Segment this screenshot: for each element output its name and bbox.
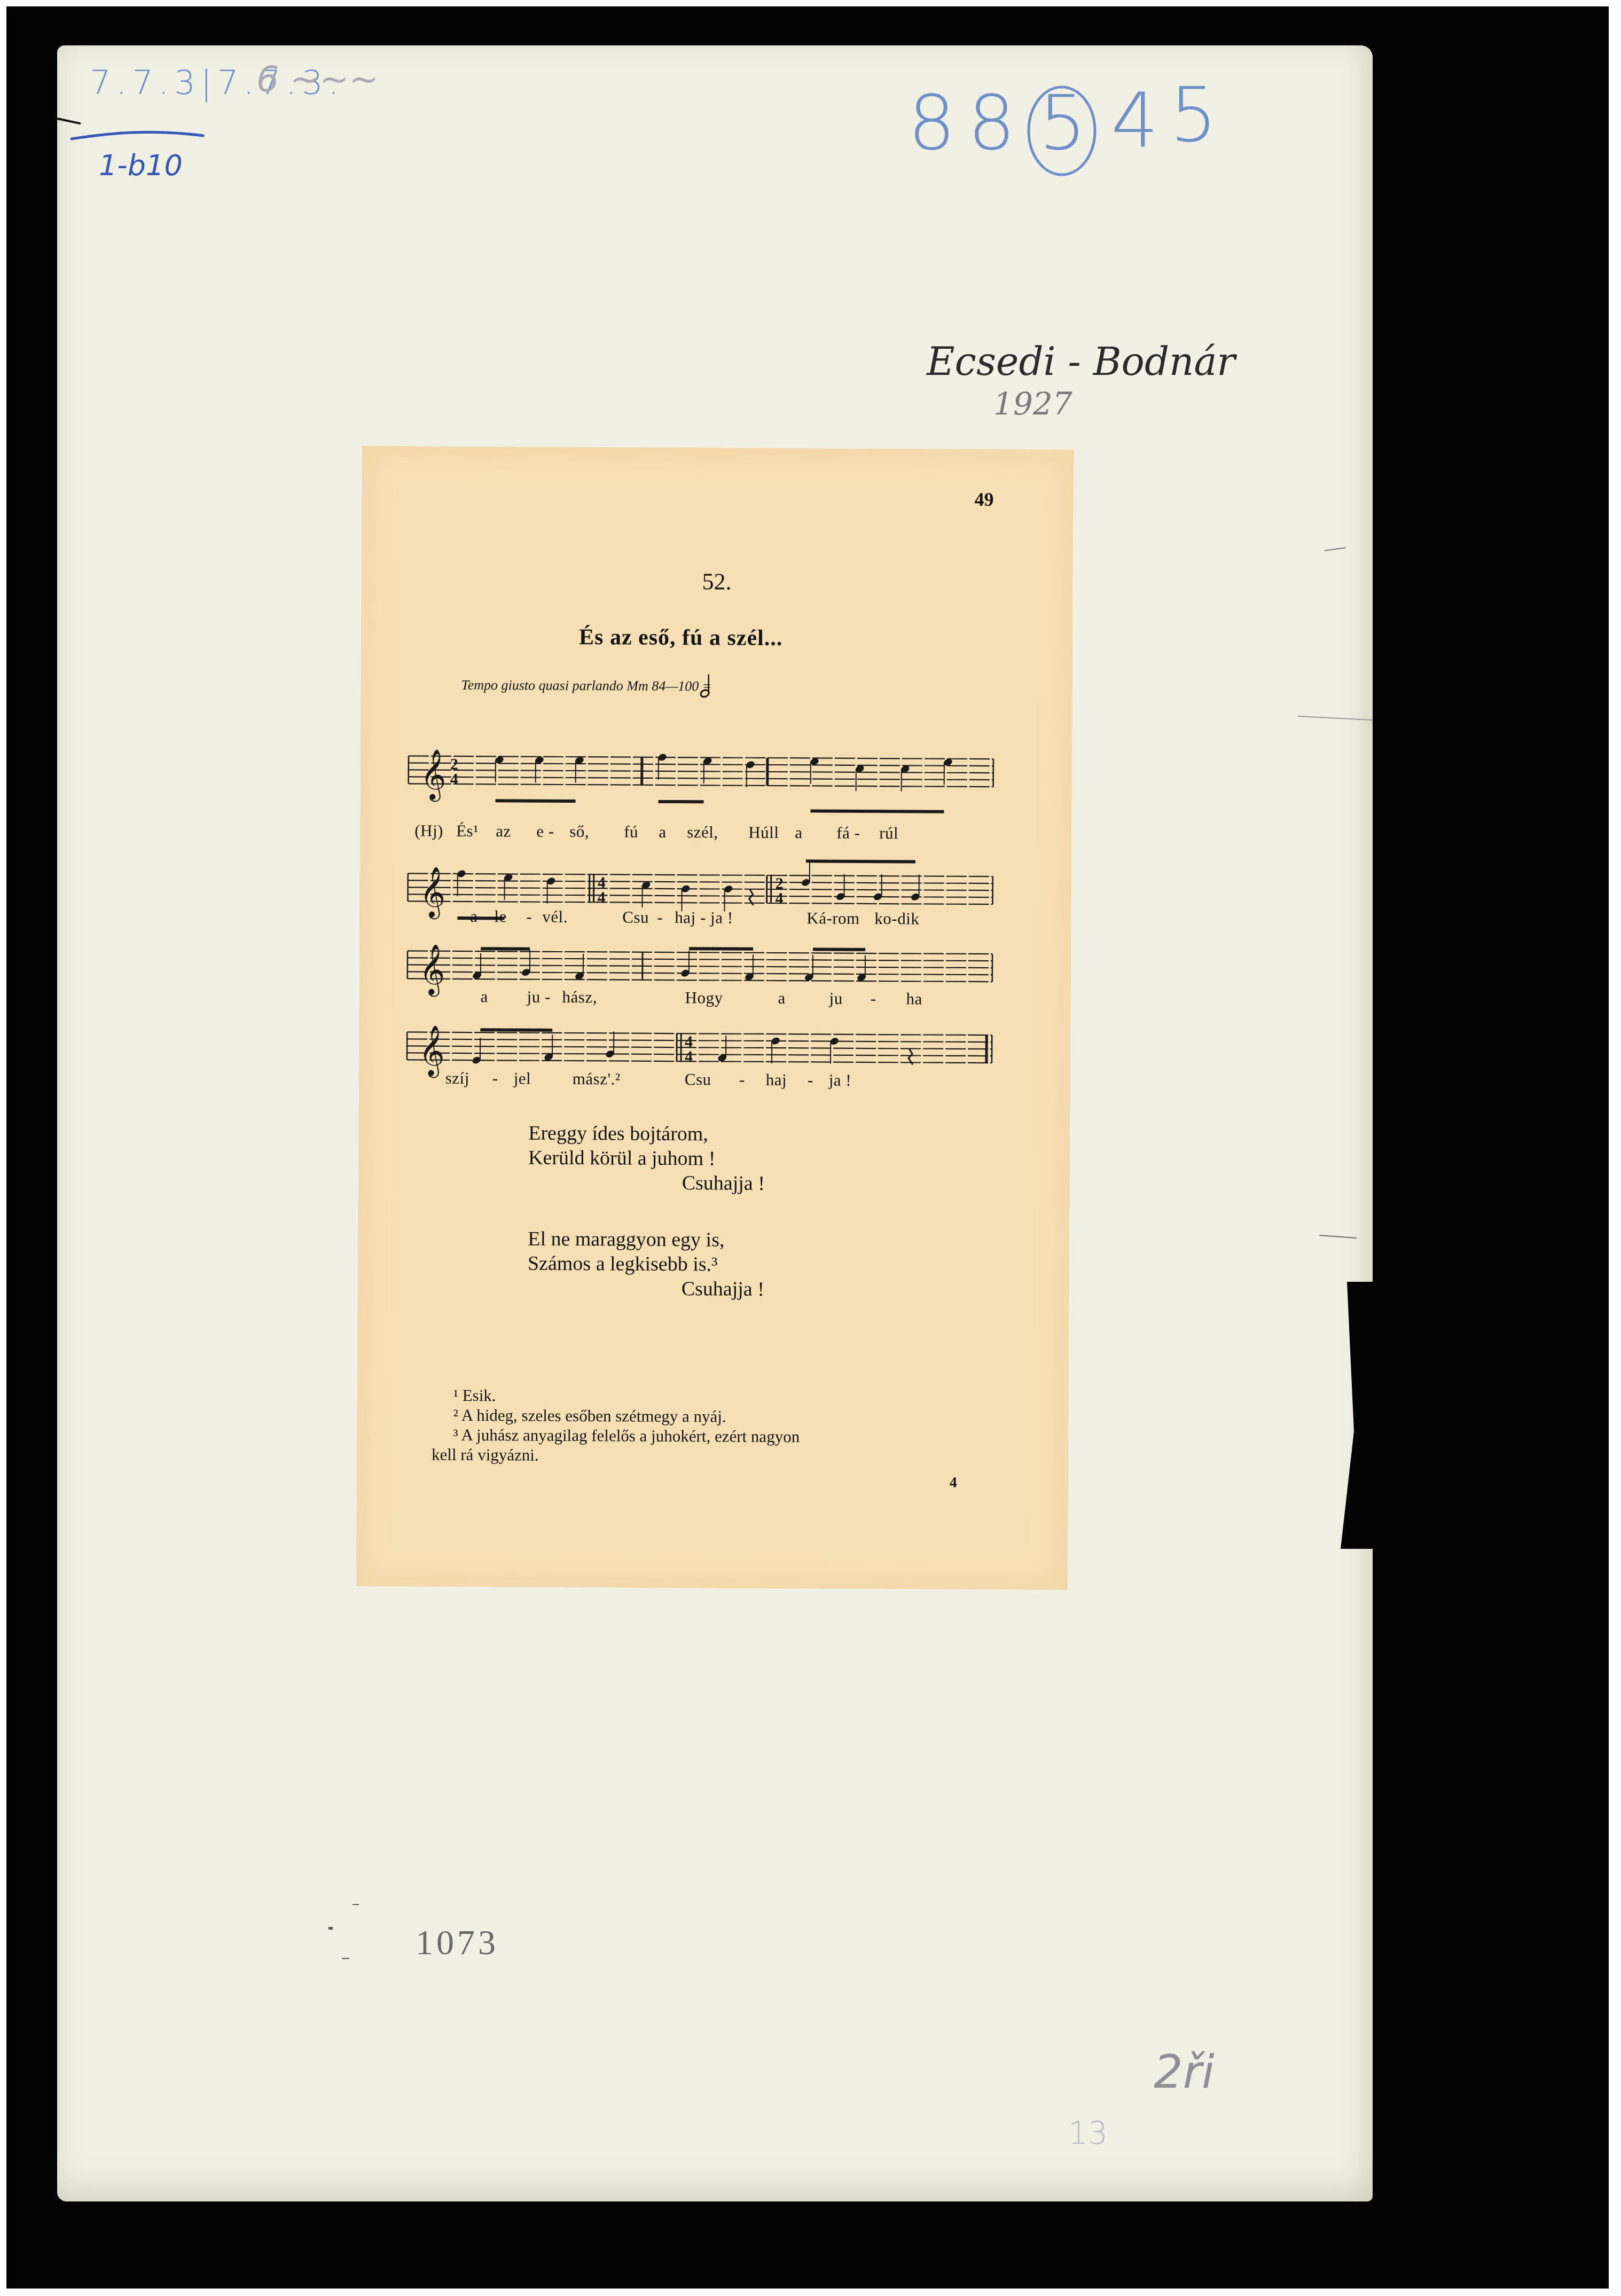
song-clipping: 49 52. És az eső, fú a szél... Tempo giu… xyxy=(356,446,1074,1590)
lyric: vél. xyxy=(542,907,568,927)
lyric: Húll xyxy=(748,823,779,842)
lyric: a xyxy=(659,822,666,842)
svg-text:𝄞: 𝄞 xyxy=(419,1025,445,1078)
lyric: - xyxy=(492,1069,498,1088)
half-note-icon xyxy=(700,672,712,699)
song-number: 52. xyxy=(702,568,732,595)
lyric: ja ! xyxy=(829,1071,852,1090)
lyric: le xyxy=(494,907,507,926)
lyric: e - xyxy=(536,822,554,841)
lyric: a xyxy=(795,823,802,842)
verse-line: Ereggy ídes bojtárom, xyxy=(528,1121,765,1147)
lyric: szél, xyxy=(687,822,718,842)
svg-text:4: 4 xyxy=(775,890,783,907)
verse-refrain: Csuhajja ! xyxy=(528,1170,765,1196)
lyric: - xyxy=(870,989,876,1008)
lyric: rúl xyxy=(879,824,898,843)
paper-tear-notch xyxy=(1303,1282,1410,1560)
stanza-1: Ereggy ídes bojtárom, Kerüld körül a juh… xyxy=(528,1121,765,1196)
pencil-note-bottom-right: 2ři xyxy=(1154,2046,1215,2099)
tempo-marking: Tempo giusto quasi parlando Mm 84—100 = xyxy=(461,677,712,694)
call-number-bottom: 1-b10 xyxy=(99,148,183,182)
music-staff-1: 𝄞24 xyxy=(408,734,1001,823)
pencil-note-bottom-small: 13 xyxy=(1068,2115,1108,2151)
svg-text:𝄞: 𝄞 xyxy=(419,867,445,920)
lyric: - xyxy=(526,907,532,927)
collection-year: 1927 xyxy=(993,386,1072,422)
svg-text:4: 4 xyxy=(685,1048,693,1065)
lyric: És¹ xyxy=(456,821,479,841)
footnote-3-continued: kell rá vigyázni. xyxy=(432,1445,800,1467)
lyric: Hogy xyxy=(685,988,723,1007)
inventory-digit: 5 xyxy=(1170,72,1217,159)
inventory-number: 8 8 5 4 5 xyxy=(908,80,1389,187)
song-title: És az eső, fú a szél... xyxy=(579,624,782,651)
lyric: - xyxy=(808,1070,813,1090)
svg-text:4: 4 xyxy=(450,771,458,788)
lyric: haj xyxy=(766,1070,787,1090)
stamp-tick xyxy=(328,1927,333,1930)
lyric: ha xyxy=(906,989,922,1008)
svg-text:4: 4 xyxy=(597,889,605,906)
lyric: ko-dik xyxy=(874,909,919,928)
lyric: ju - xyxy=(527,988,551,1007)
circle-mark-icon xyxy=(1023,83,1103,179)
lyric: fú xyxy=(624,822,638,842)
lyric: a xyxy=(481,987,488,1006)
pencil-note-top: 6 ~~~ xyxy=(256,59,379,100)
page-number: 49 xyxy=(974,488,993,511)
lyric: hász, xyxy=(562,988,598,1007)
lyric: ső, xyxy=(569,822,589,841)
collector-name: Ecsedi - Bodnár xyxy=(927,339,1235,384)
verse-line: Kerüld körül a juhom ! xyxy=(528,1146,765,1171)
lyric: mász'.² xyxy=(573,1069,621,1088)
inventory-digit: 8 xyxy=(908,80,956,167)
lyric: haj - ja ! xyxy=(675,908,733,928)
footnote-3: ³ A juhász anyagilag felelős a juhokért,… xyxy=(432,1425,800,1447)
lyric: a xyxy=(778,989,786,1008)
stamp-number: 1073 xyxy=(416,1923,499,1963)
stamp-tick xyxy=(342,1958,349,1959)
lyric: - xyxy=(739,1070,745,1090)
footnote-1: ¹ Esik. xyxy=(432,1385,800,1407)
stamp-tick xyxy=(353,1904,359,1905)
footnote-2: ² A hideg, szeles esőben szétmegy a nyáj… xyxy=(432,1405,800,1427)
verse-line: Számos a legkisebb is.³ xyxy=(528,1251,764,1277)
inventory-digit: 4 xyxy=(1111,77,1158,164)
lyric: (Hj) xyxy=(414,821,443,841)
lyric: szíj xyxy=(445,1069,469,1088)
stanza-2: El ne maraggyon egy is, Számos a legkise… xyxy=(528,1227,765,1302)
lyric: a xyxy=(470,907,477,926)
verse-line: El ne maraggyon egy is, xyxy=(528,1227,764,1252)
lyric: Csu xyxy=(685,1070,711,1089)
svg-text:𝄞: 𝄞 xyxy=(419,944,445,997)
lyric: ju xyxy=(829,989,843,1008)
svg-text:𝄞: 𝄞 xyxy=(420,749,447,802)
inventory-digit: 8 xyxy=(968,80,1015,167)
lyric: Ká-rom xyxy=(806,908,860,928)
lyric: az xyxy=(496,821,511,841)
lyric: - xyxy=(657,908,663,927)
lyric: Csu xyxy=(622,908,649,927)
lyric: jel xyxy=(514,1069,531,1088)
lyric: fá - xyxy=(836,824,860,843)
verse-refrain: Csuhajja ! xyxy=(528,1276,764,1302)
call-number-underline xyxy=(69,128,208,144)
footnotes: ¹ Esik. ² A hideg, szeles esőben szétmeg… xyxy=(432,1385,800,1467)
signature-mark: 4 xyxy=(950,1475,957,1492)
